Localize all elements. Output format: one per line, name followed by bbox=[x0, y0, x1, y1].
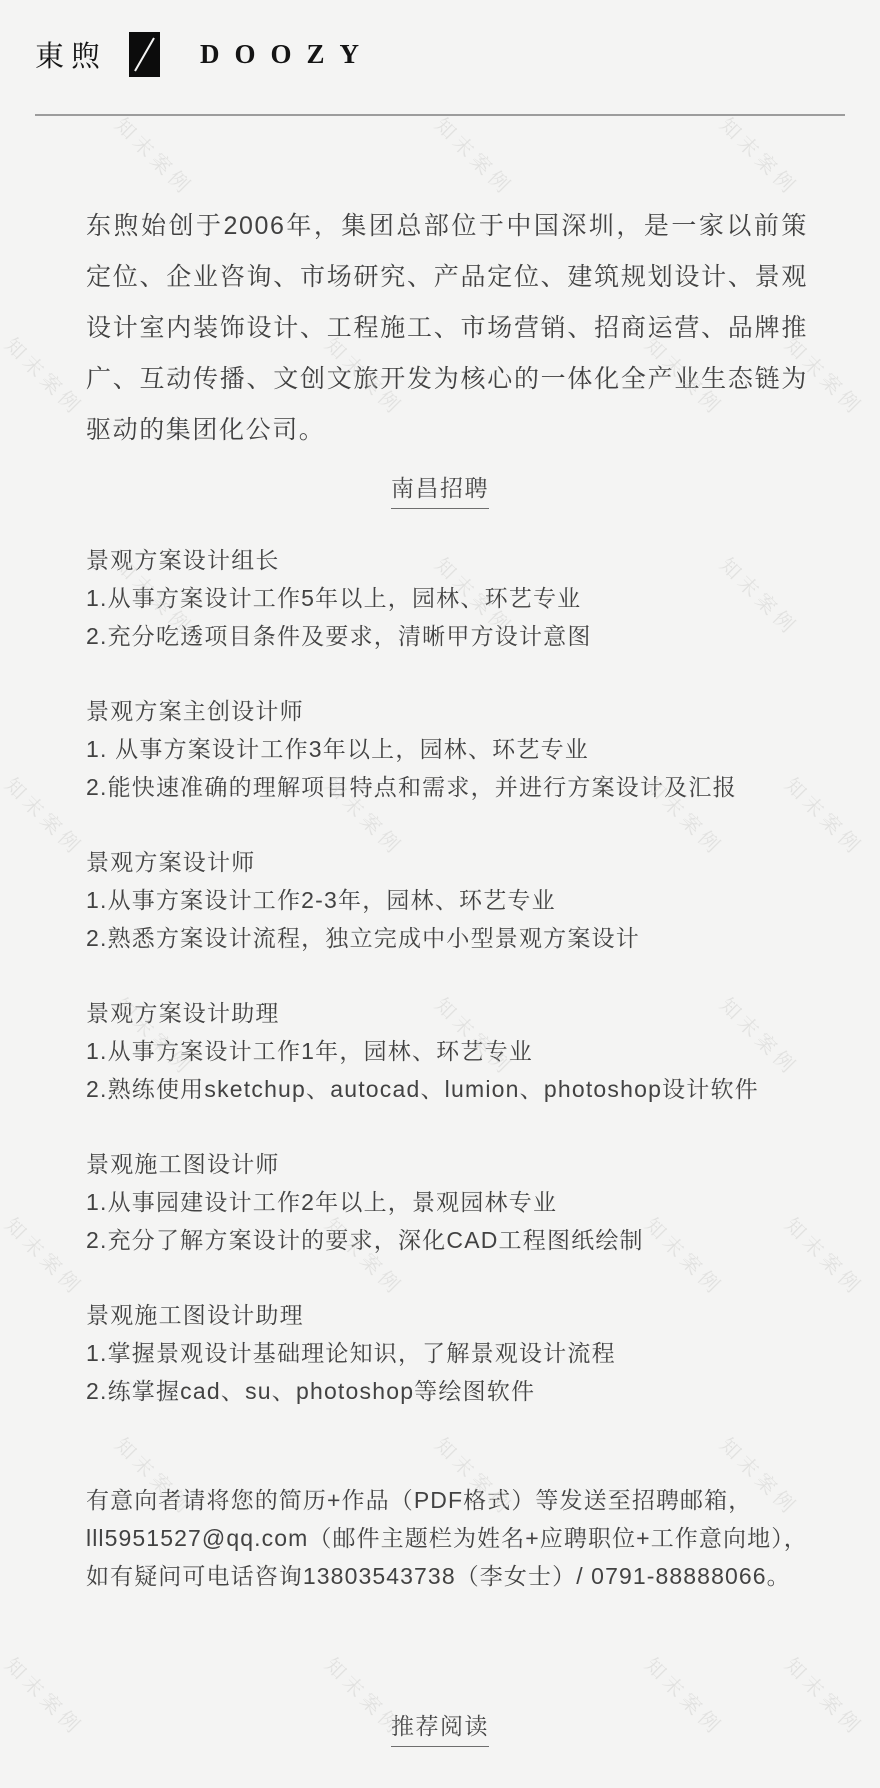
company-intro-paragraph: 东煦始创于2006年，集团总部位于中国深圳，是一家以前策定位、企业咨询、市场研究… bbox=[86, 201, 808, 456]
job-title: 景观方案主创设计师 bbox=[86, 692, 826, 730]
job-title: 景观施工图设计师 bbox=[86, 1145, 826, 1183]
watermark-text: 知末案例 bbox=[109, 110, 200, 201]
job-requirement: 2.充分吃透项目条件及要求，清晰甲方设计意图 bbox=[86, 617, 826, 655]
job-requirement: 2.能快速准确的理解项目特点和需求，并进行方案设计及汇报 bbox=[86, 768, 826, 806]
recruit-heading-text: 南昌招聘 bbox=[391, 470, 489, 509]
job-block: 景观方案设计师 1.从事方案设计工作2-3年，园林、环艺专业 2.熟悉方案设计流… bbox=[86, 843, 826, 957]
header-divider bbox=[35, 114, 845, 116]
job-title: 景观方案设计助理 bbox=[86, 994, 826, 1032]
job-block: 景观施工图设计助理 1.掌握景观设计基础理论知识，了解景观设计流程 2.练掌握c… bbox=[86, 1296, 826, 1410]
watermark-text: 知末案例 bbox=[714, 110, 805, 201]
job-requirement: 1. 从事方案设计工作3年以上，园林、环艺专业 bbox=[86, 730, 826, 768]
job-requirement: 2.熟悉方案设计流程，独立完成中小型景观方案设计 bbox=[86, 919, 826, 957]
recommended-reading-text: 推荐阅读 bbox=[391, 1708, 489, 1747]
contact-line: 有意向者请将您的简历+作品（PDF格式）等发送至招聘邮箱， bbox=[86, 1481, 846, 1519]
contact-line-phone: 如有疑问可电话咨询13803543738（李女士）/ 0791-88888066… bbox=[86, 1557, 846, 1595]
job-title: 景观施工图设计助理 bbox=[86, 1296, 826, 1334]
job-requirement: 1.从事方案设计工作1年，园林、环艺专业 bbox=[86, 1032, 826, 1070]
job-requirement: 2.充分了解方案设计的要求，深化CAD工程图纸绘制 bbox=[86, 1221, 826, 1259]
recruitment-page: 東煦 DOOZY 东煦始创于2006年，集团总部位于中国深圳，是一家以前策定位、… bbox=[0, 0, 880, 1788]
job-requirement: 1.从事方案设计工作5年以上，园林、环艺专业 bbox=[86, 579, 826, 617]
job-title: 景观方案设计组长 bbox=[86, 541, 826, 579]
brand-chinese-name: 東煦 bbox=[35, 34, 107, 75]
brand-english-name: DOOZY bbox=[200, 39, 374, 70]
doozy-logo-icon bbox=[129, 32, 160, 77]
job-requirement: 2.练掌握cad、su、photoshop等绘图软件 bbox=[86, 1372, 826, 1410]
recommended-reading-link[interactable]: 推荐阅读 bbox=[0, 1708, 880, 1747]
job-title: 景观方案设计师 bbox=[86, 843, 826, 881]
job-requirement: 1.从事园建设计工作2年以上，景观园林专业 bbox=[86, 1183, 826, 1221]
header: 東煦 DOOZY bbox=[35, 30, 374, 78]
watermark-text: 知末案例 bbox=[429, 110, 520, 201]
job-requirement: 1.从事方案设计工作2-3年，园林、环艺专业 bbox=[86, 881, 826, 919]
watermark-text: 知末案例 bbox=[0, 1210, 91, 1301]
job-requirement: 2.熟练使用sketchup、autocad、lumion、photoshop设… bbox=[86, 1070, 826, 1108]
job-list: 景观方案设计组长 1.从事方案设计工作5年以上，园林、环艺专业 2.充分吃透项目… bbox=[86, 541, 826, 1447]
job-block: 景观施工图设计师 1.从事园建设计工作2年以上，景观园林专业 2.充分了解方案设… bbox=[86, 1145, 826, 1259]
job-block: 景观方案设计组长 1.从事方案设计工作5年以上，园林、环艺专业 2.充分吃透项目… bbox=[86, 541, 826, 655]
contact-info: 有意向者请将您的简历+作品（PDF格式）等发送至招聘邮箱， lll5951527… bbox=[86, 1481, 846, 1595]
job-block: 景观方案设计助理 1.从事方案设计工作1年，园林、环艺专业 2.熟练使用sket… bbox=[86, 994, 826, 1108]
watermark-text: 知末案例 bbox=[0, 330, 91, 421]
job-requirement: 1.掌握景观设计基础理论知识，了解景观设计流程 bbox=[86, 1334, 826, 1372]
recruit-section-heading: 南昌招聘 bbox=[0, 470, 880, 509]
contact-line-email: lll5951527@qq.com（邮件主题栏为姓名+应聘职位+工作意向地）， bbox=[86, 1519, 846, 1557]
watermark-text: 知末案例 bbox=[0, 770, 91, 861]
job-block: 景观方案主创设计师 1. 从事方案设计工作3年以上，园林、环艺专业 2.能快速准… bbox=[86, 692, 826, 806]
